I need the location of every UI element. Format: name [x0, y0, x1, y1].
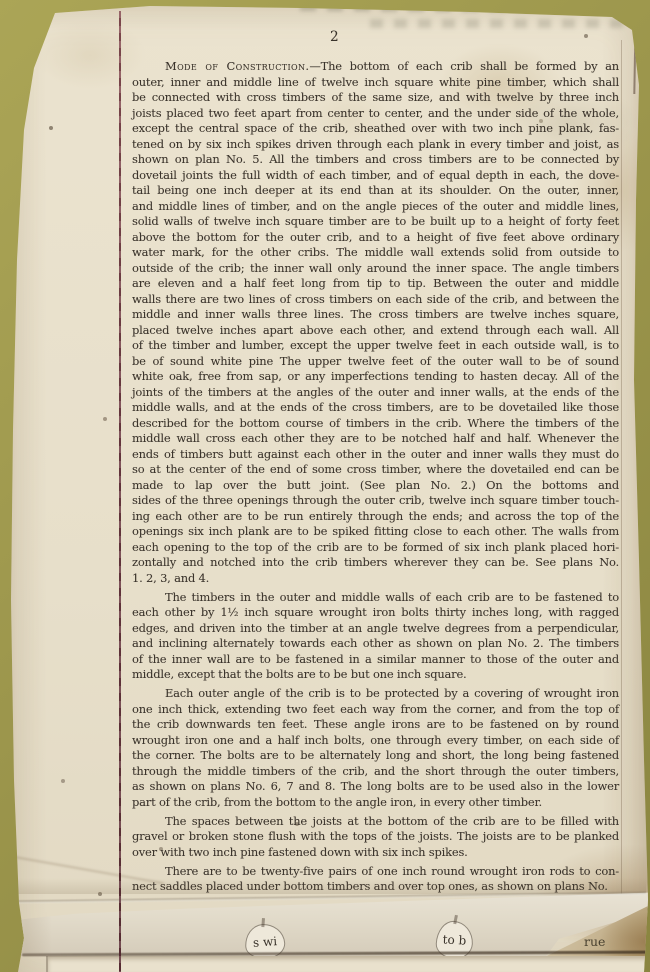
text-line: over with two inch pine fastened down wi…: [132, 845, 619, 861]
text-line: Mode of Construction.—The bottom of each…: [132, 59, 619, 75]
fold-text-fragment: to b: [442, 932, 466, 947]
text-line: as shown on plans No. 6, 7 and 8. The lo…: [132, 779, 619, 795]
text-line: middle wall cross each other they are to…: [132, 431, 619, 447]
text-line: part of the crib, from the bottom to the…: [132, 795, 619, 811]
text-line: middle walls, and at the ends of the cro…: [132, 400, 619, 416]
text-line: middle and inner walls three lines. The …: [132, 307, 619, 323]
text-line: joints of the timbers at the angles of t…: [132, 385, 619, 401]
text-line: Each outer angle of the crib is to be pr…: [132, 686, 619, 702]
fold-text-fragment: rue: [584, 934, 605, 949]
text-line: so at the center of the end of some cros…: [132, 462, 619, 478]
text-line: zontally and notched into the crib timbe…: [132, 555, 619, 571]
text-line: dovetail joints the full width of each t…: [132, 168, 619, 184]
text-line: tened on by six inch spikes driven throu…: [132, 137, 619, 153]
text-line: be of sound white pine The upper twelve …: [132, 354, 619, 370]
paragraph: Mode of Construction.—The bottom of each…: [132, 59, 619, 586]
text-line: water mark, for the other cribs. The mid…: [132, 245, 619, 261]
text-line: white oak, free from sap, or any imperfe…: [132, 369, 619, 385]
text-line: wrought iron one and a half inch bolts, …: [132, 733, 619, 749]
text-line: each other by 1½ inch square wrought iro…: [132, 605, 619, 621]
text-line: The spaces between the joists at the bot…: [132, 814, 619, 830]
text-line: tail being one inch deeper at its end th…: [132, 183, 619, 199]
ink-bleedthrough: [370, 19, 640, 28]
text-line: of the timber and lumber, except the upp…: [132, 338, 619, 354]
fold-shadow: [14, 878, 646, 894]
text-line: except the central space of the crib, sh…: [132, 121, 619, 137]
text-line: of the inner wall are to be fastened in …: [132, 652, 619, 668]
paragraph: Each outer angle of the crib is to be pr…: [132, 686, 619, 810]
text-line: joists placed two feet apart from center…: [132, 106, 619, 122]
text-line: sides of the three openings through the …: [132, 493, 619, 509]
text-line: placed twelve inches apart above each ot…: [132, 323, 619, 339]
page-edge-line: [621, 40, 622, 940]
text-line: shown on plan No. 5. All the timbers and…: [132, 152, 619, 168]
paragraph: The timbers in the outer and middle wall…: [132, 590, 619, 683]
text-line: ends of timbers butt against each other …: [132, 447, 619, 463]
text-line: and inclining alternately towards each o…: [132, 636, 619, 652]
margin-rule-line: [119, 11, 121, 972]
text-line: There are to be twenty-five pairs of one…: [132, 864, 619, 880]
text-line: the corner. The bolts are to be alternat…: [132, 748, 619, 764]
page-number: 2: [330, 29, 339, 45]
corner-crease: [633, 14, 636, 94]
text-line: and middle lines of timber, and on the a…: [132, 199, 619, 215]
document-page: 2 Mode of Construction.—The bottom of ea…: [0, 0, 650, 972]
text-line: described for the bottom course of timbe…: [132, 416, 619, 432]
text-line: edges, and driven into the timber at an …: [132, 621, 619, 637]
text-line: the crib downwards ten feet. These angle…: [132, 717, 619, 733]
text-line: each opening to the top of the crib are …: [132, 540, 619, 556]
text-line: middle, except that the bolts are to be …: [132, 667, 619, 683]
text-line: one inch thick, extending two feet each …: [132, 702, 619, 718]
paper-specks: [0, 0, 2, 2]
paragraph: The spaces between the joists at the bot…: [132, 814, 619, 861]
ink-bleedthrough: [300, 1, 640, 13]
underlying-page-edge: [46, 956, 650, 972]
text-line: solid walls of twelve inch square timber…: [132, 214, 619, 230]
text-line: The timbers in the outer and middle wall…: [132, 590, 619, 606]
scanned-document-photo: 2 Mode of Construction.—The bottom of ea…: [0, 0, 650, 972]
text-line: walls there are two lines of cross timbe…: [132, 292, 619, 308]
text-line: ing each other are to be run entirely th…: [132, 509, 619, 525]
text-line: through the middle timbers of the crib, …: [132, 764, 619, 780]
smallcaps-heading: Mode of Construction.: [165, 59, 309, 73]
text-line: made to lap over the butt joint. (See pl…: [132, 478, 619, 494]
text-line: above the bottom for the outer crib, and…: [132, 230, 619, 246]
text-line: gravel or broken stone flush with the to…: [132, 829, 619, 845]
text-line: openings six inch plank are to be spiked…: [132, 524, 619, 540]
text-line: outside of the crib; the inner wall only…: [132, 261, 619, 277]
text-line: are eleven and a half feet long from tip…: [132, 276, 619, 292]
fold-text-fragment: s wi: [252, 934, 277, 950]
text-line: 1. 2, 3, and 4.: [132, 571, 619, 587]
body-text: Mode of Construction.—The bottom of each…: [132, 59, 619, 898]
text-line: outer, inner and middle line of twelve i…: [132, 75, 619, 91]
text-line: be connected with cross timbers of the s…: [132, 90, 619, 106]
